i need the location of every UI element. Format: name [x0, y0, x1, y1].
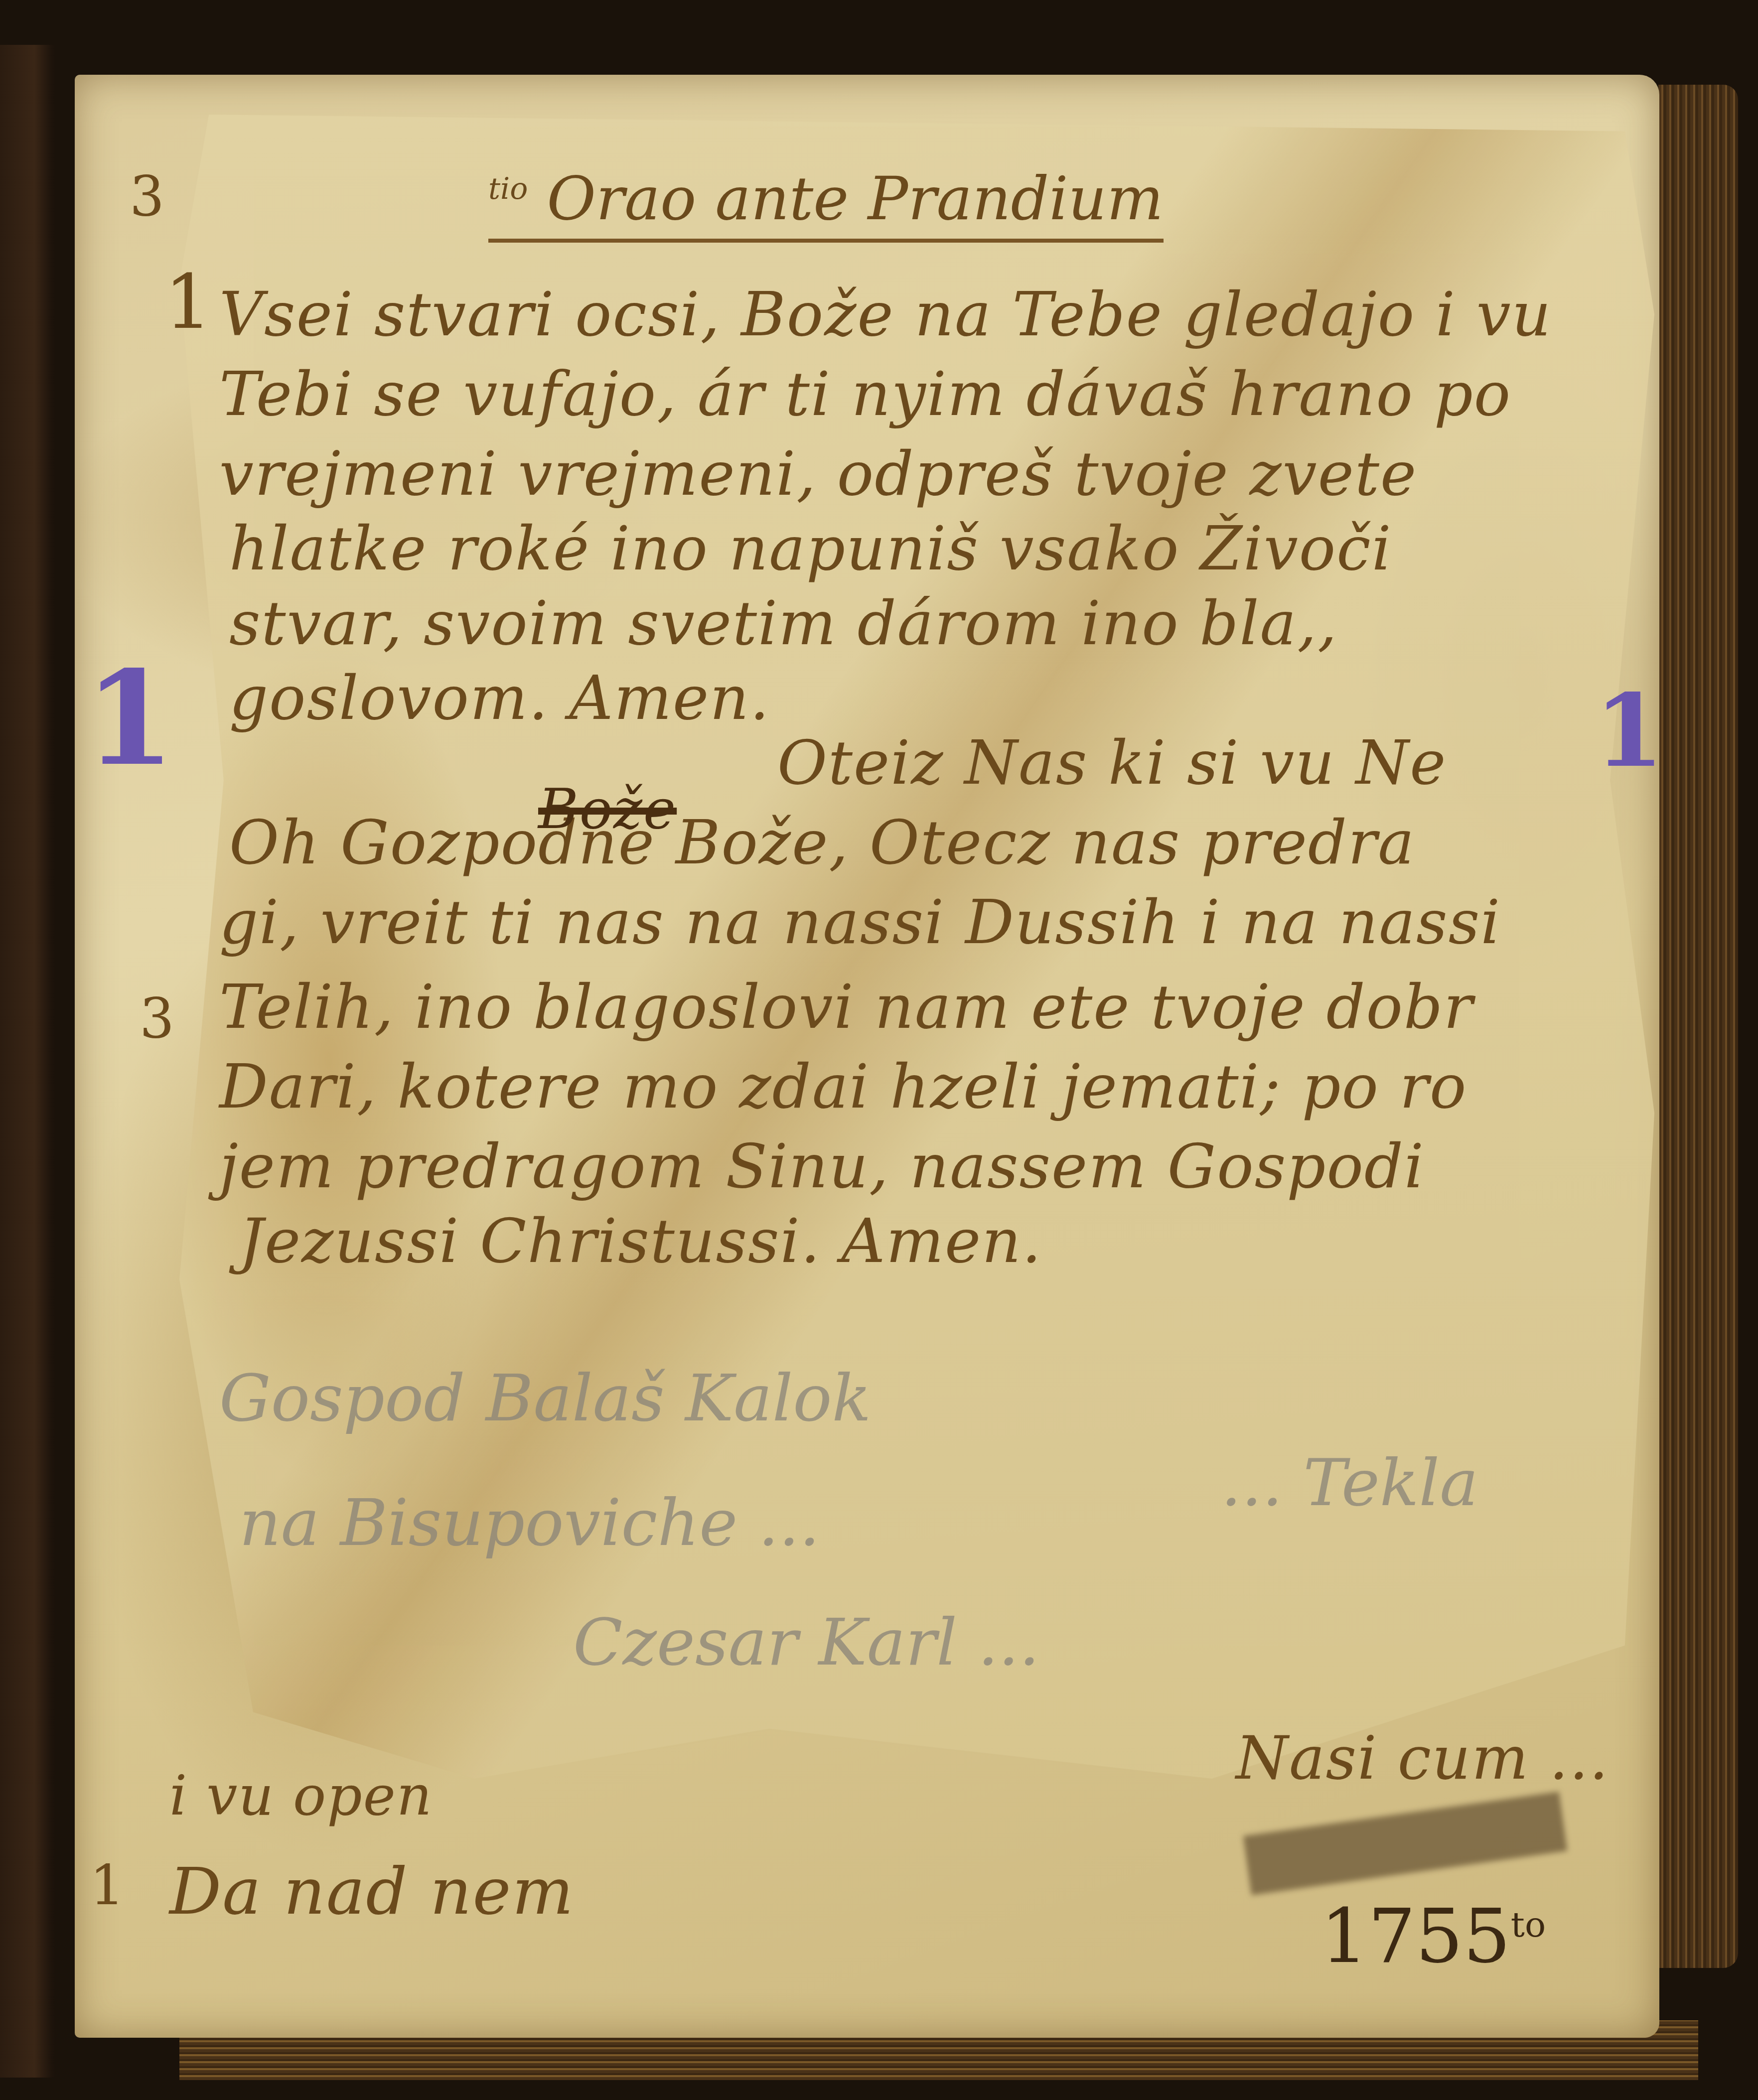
- prayer2-line: jem predragom Sinu, nassem Gospodi: [219, 1131, 1425, 1202]
- prayer1-line: vrejmeni vrejmeni, odpreš tvoje zvete: [219, 438, 1417, 509]
- prayer1-line: goslovom. Amen.: [229, 663, 770, 733]
- interlinear-note: Oteiz Nas ki si vu Ne: [777, 727, 1447, 798]
- pencil-note: na Bisupoviche ...: [239, 1485, 820, 1560]
- margin-number-lower: 1: [90, 1853, 125, 1917]
- margin-number-top: 3: [130, 164, 164, 228]
- prayer1-line: Tebi se vufajo, ár ti nyim dávaš hrano p…: [219, 359, 1511, 429]
- prayer2-line: gi, vreit ti nas na nassi Dussih i na na…: [219, 887, 1501, 958]
- prayer2-line: Oh Gozpodne Bože, Otecz nas predra: [229, 807, 1415, 878]
- prayer1-line: hlatke roké ino napuniš vsako Živoči: [229, 513, 1392, 584]
- date-suffix: to: [1511, 1904, 1546, 1945]
- bottom-right-note: Nasi cum ...: [1236, 1724, 1610, 1793]
- bottom-left-line: i vu open: [169, 1764, 433, 1827]
- pencil-note: ... Tekla: [1221, 1445, 1478, 1521]
- date-year: 1755: [1320, 1893, 1511, 1980]
- margin-number-line1: 1: [164, 259, 212, 346]
- heading-text: Orao ante Prandium: [547, 164, 1164, 234]
- bottom-left-line: Da nad nem: [169, 1853, 575, 1929]
- prayer2-line: Telih, ino blagoslovi nam ete tvoje dobr: [219, 972, 1473, 1042]
- page-block-edge: [1658, 85, 1738, 1968]
- struck-word: Bože: [538, 777, 677, 841]
- prayer1-line: stvar, svoim svetim dárom ino bla,,: [229, 588, 1338, 659]
- page-heading: tio Orao ante Prandium: [488, 164, 1164, 243]
- prayer2-line: Jezussi Christussi. Amen.: [239, 1206, 1042, 1276]
- pencil-note: Czesar Karl ...: [573, 1604, 1039, 1680]
- purple-marginal-mark-right: 1: [1595, 673, 1664, 790]
- purple-marginal-number: 1: [85, 643, 175, 795]
- date: 1755to: [1320, 1893, 1546, 1980]
- margin-number-mid: 3: [140, 986, 174, 1050]
- prayer1-line: Vsei stvari ocsi, Bože na Tebe gledajo i…: [219, 279, 1552, 350]
- prayer2-line: Dari, kotere mo zdai hzeli jemati; po ro: [219, 1051, 1467, 1122]
- pencil-note: Gospod Balaš Kalok: [219, 1360, 871, 1436]
- heading-superscript: tio: [488, 171, 528, 206]
